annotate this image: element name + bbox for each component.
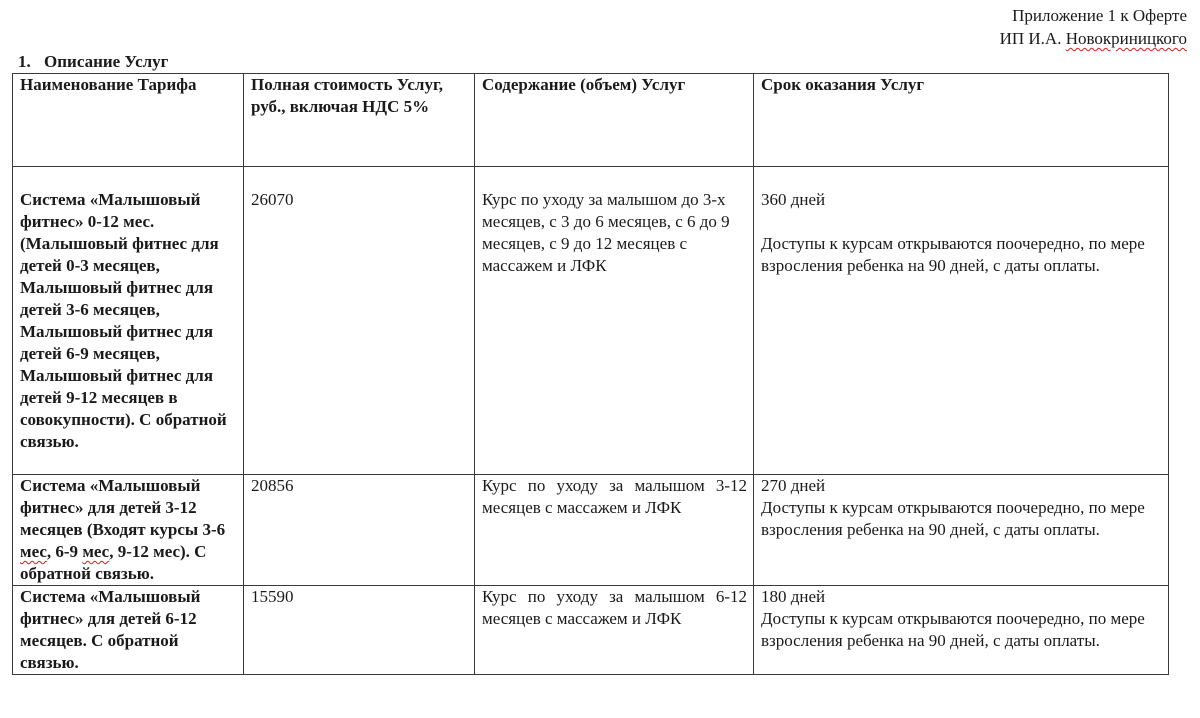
table-header-row: Наименование Тарифа Полная стоимость Усл…	[13, 74, 1169, 167]
section-heading: 1.Описание Услуг	[18, 51, 168, 73]
term-duration: 270 дней	[761, 475, 1162, 497]
tariff-name-text: Система «Малышовый фитнес» для детей 3-1…	[20, 476, 225, 539]
table-row: Система «Малышовый фитнес» для детей 6-1…	[13, 586, 1169, 675]
term-cell: 360 дней Доступы к курсам открываются по…	[754, 167, 1169, 475]
spacer	[761, 211, 1162, 233]
term-note: Доступы к курсам открываются поочередно,…	[761, 497, 1162, 541]
section-number: 1.	[18, 51, 44, 73]
tariff-name-text: , 6-9	[47, 542, 82, 561]
appendix-title: Приложение 1 к Оферте	[1000, 4, 1187, 27]
price-cell: 15590	[244, 586, 475, 675]
content-cell: Курс по уходу за малышом до 3-х месяцев,…	[475, 167, 754, 475]
entrepreneur-surname: Новокриницкого	[1066, 29, 1187, 48]
document-header: Приложение 1 к Оферте ИП И.А. Новокриниц…	[1000, 4, 1187, 50]
services-table: Наименование Тарифа Полная стоимость Усл…	[12, 73, 1169, 675]
column-header-content: Содержание (объем) Услуг	[475, 74, 754, 167]
entrepreneur-prefix: ИП И.А.	[1000, 29, 1066, 48]
term-duration: 180 дней	[761, 586, 1162, 608]
term-note: Доступы к курсам открываются поочередно,…	[761, 608, 1162, 652]
entrepreneur-name: ИП И.А. Новокриницкого	[1000, 27, 1187, 50]
table-row: Система «Малышовый фитнес» для детей 3-1…	[13, 475, 1169, 586]
table-row: Система «Малышовый фитнес» 0-12 мес. (Ма…	[13, 167, 1169, 475]
term-duration: 360 дней	[761, 189, 1162, 211]
tariff-name-cell: Система «Малышовый фитнес» 0-12 мес. (Ма…	[13, 167, 244, 475]
term-cell: 270 дней Доступы к курсам открываются по…	[754, 475, 1169, 586]
content-cell: Курс по уходу за малышом 6-12 месяцев с …	[475, 586, 754, 675]
tariff-name-text: мес	[82, 542, 109, 561]
column-header-tariff: Наименование Тарифа	[13, 74, 244, 167]
term-note: Доступы к курсам открываются поочередно,…	[761, 233, 1162, 277]
price-cell: 20856	[244, 475, 475, 586]
term-cell: 180 дней Доступы к курсам открываются по…	[754, 586, 1169, 675]
column-header-price: Полная стоимость Услуг, руб., включая НД…	[244, 74, 475, 167]
tariff-name-text: мес	[20, 542, 47, 561]
section-title: Описание Услуг	[44, 52, 168, 71]
price-cell: 26070	[244, 167, 475, 475]
content-cell: Курс по уходу за малышом 3-12 месяцев с …	[475, 475, 754, 586]
column-header-term: Срок оказания Услуг	[754, 74, 1169, 167]
tariff-name-cell: Система «Малышовый фитнес» для детей 6-1…	[13, 586, 244, 675]
tariff-name-cell: Система «Малышовый фитнес» для детей 3-1…	[13, 475, 244, 586]
